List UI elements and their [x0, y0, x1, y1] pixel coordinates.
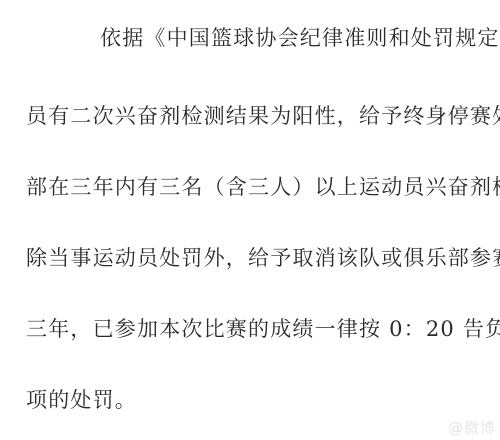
- paragraph-line-5: 三年，已参加本次比赛的成绩一律按 0：20 告负，收回之前所有奖: [26, 315, 500, 343]
- paragraph-line-6: 项的处罚。: [26, 386, 137, 414]
- paragraph-line-2: 员有二次兴奋剂检测结果为阳性，给予终身停赛处罚。某队或俱乐: [26, 102, 500, 130]
- paragraph-line-4: 除当事运动员处罚外，给予取消该队或俱乐部参赛资格，停赛一至: [26, 244, 500, 272]
- paragraph-line-1: 依据《中国篮球协会纪律准则和处罚规定》，一名运动: [100, 24, 500, 52]
- paragraph-line-3: 部在三年内有三名（含三人）以上运动员兴奋剂检测结果为阳性的，: [26, 173, 500, 201]
- watermark: @微博: [448, 417, 496, 438]
